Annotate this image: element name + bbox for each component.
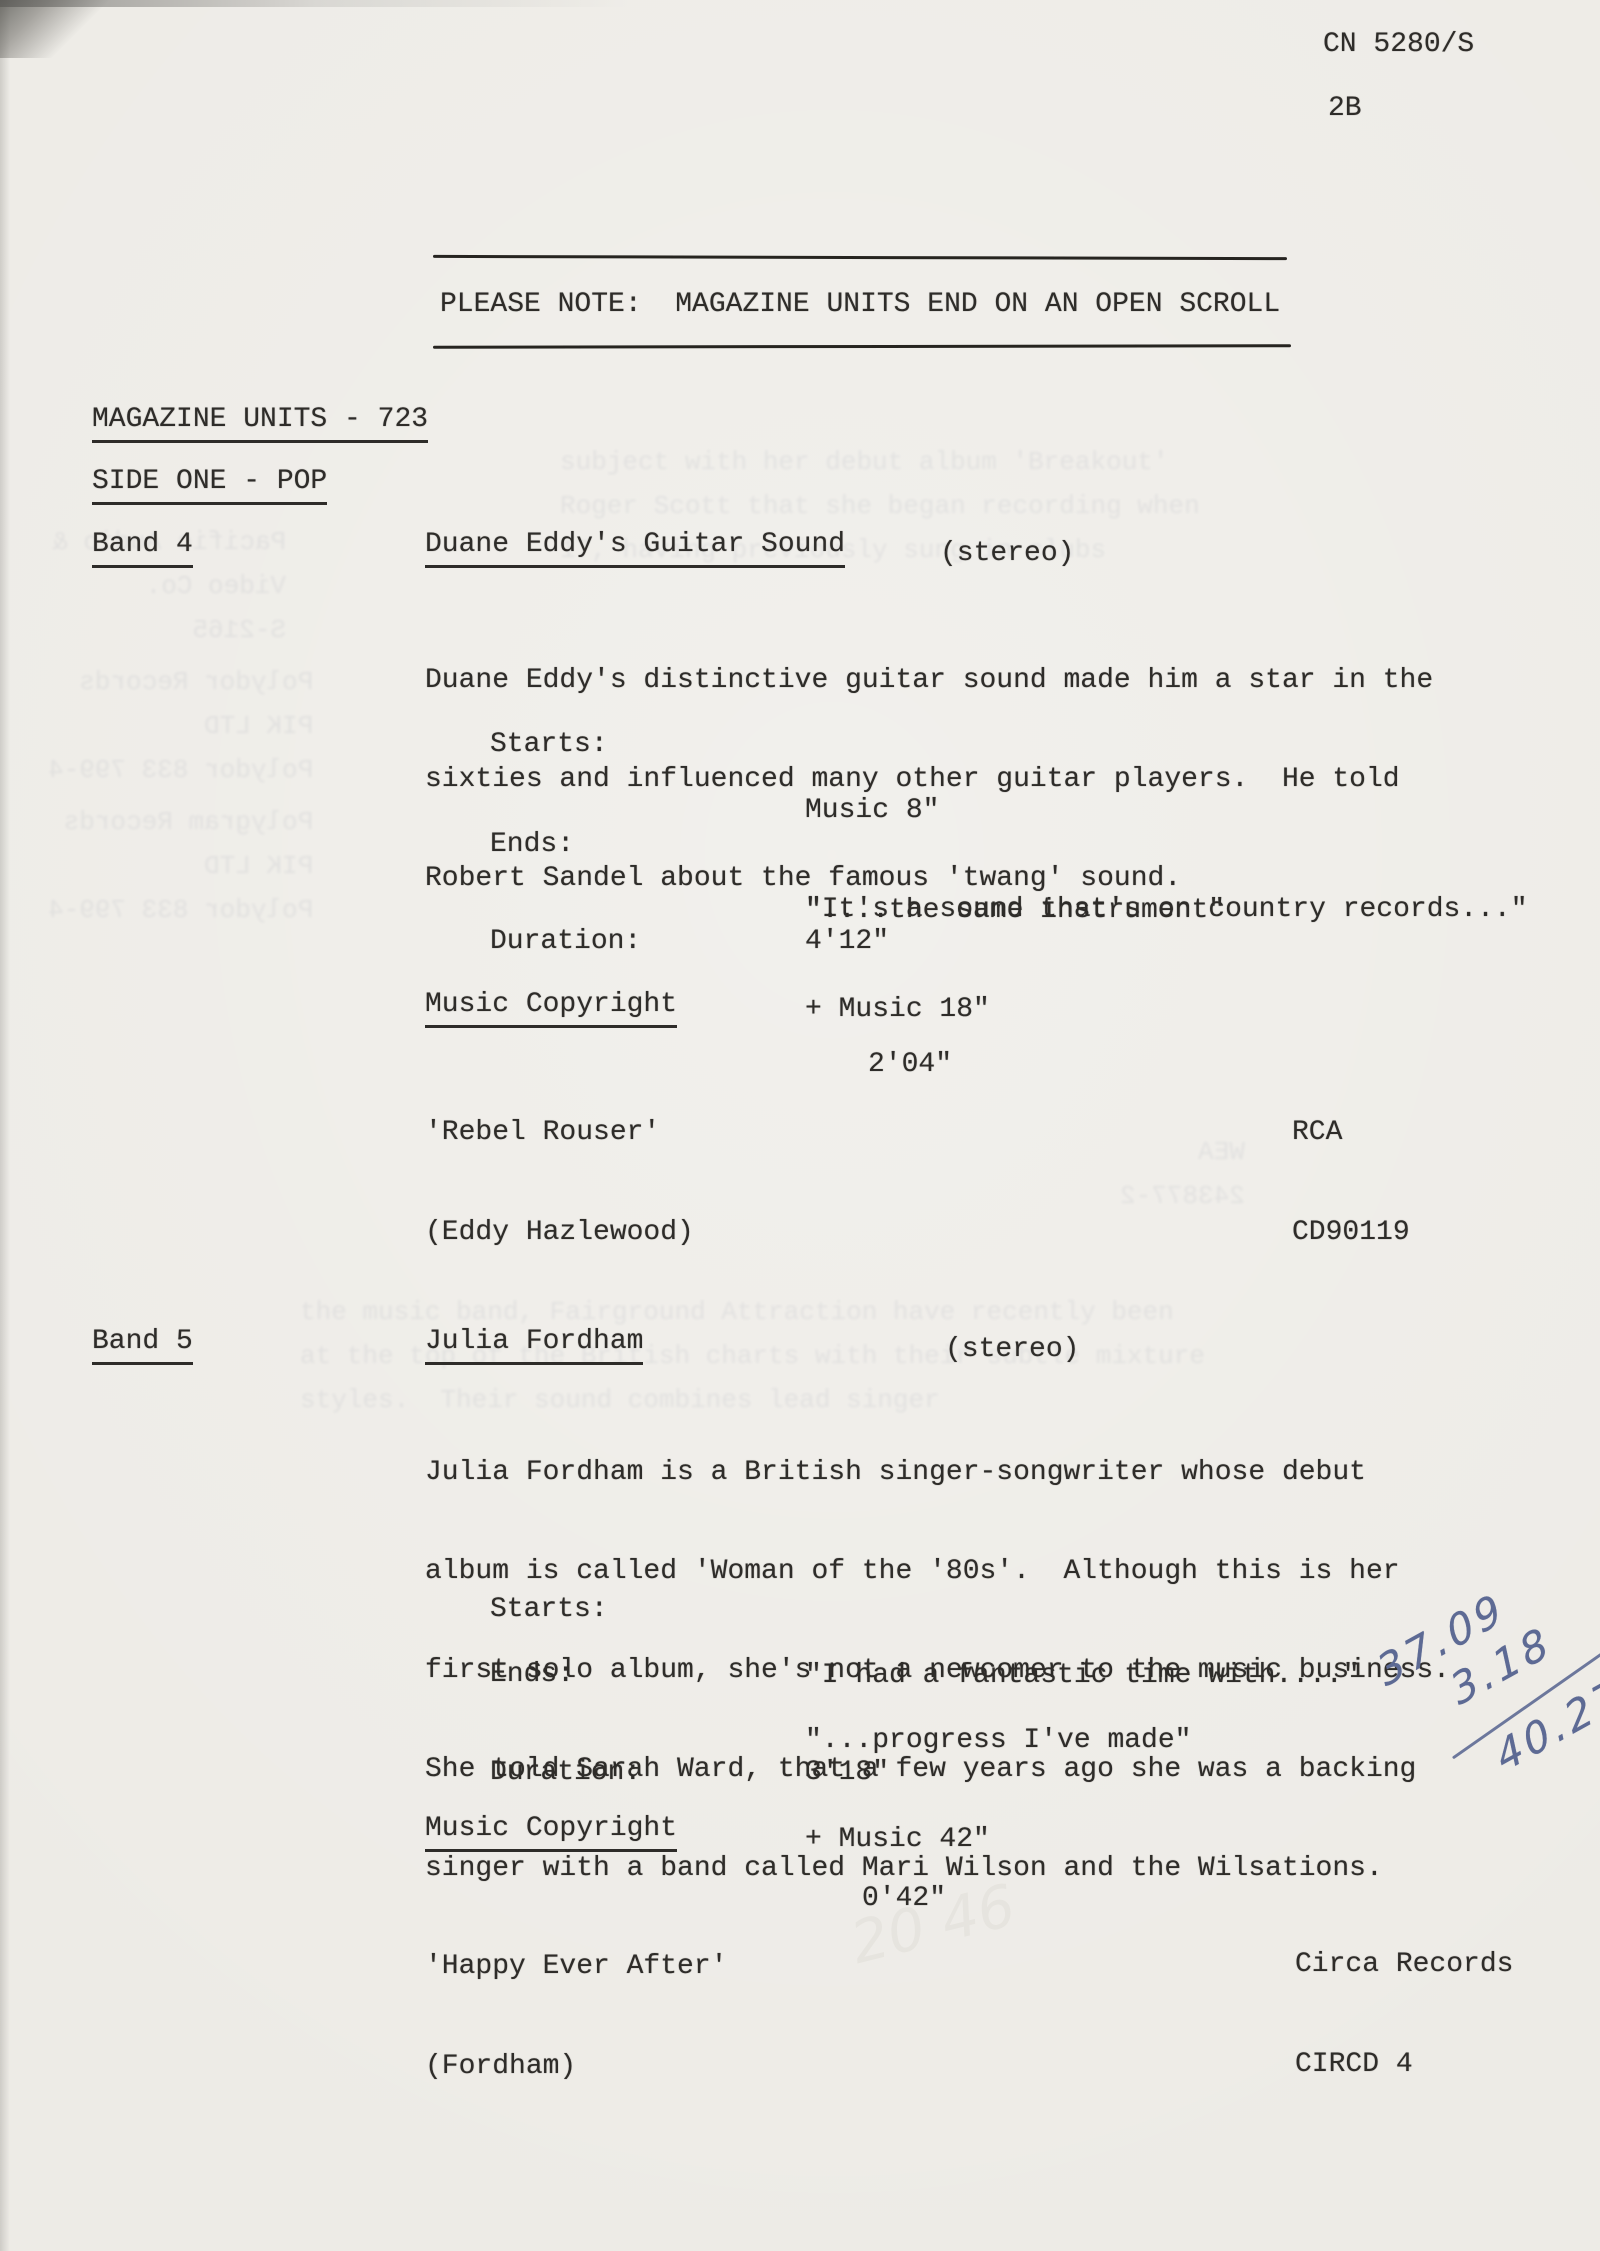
music-copyright-heading: Music Copyright	[425, 1812, 677, 1852]
scan-left-edge-shadow	[0, 0, 10, 2251]
record-label-catalogue: RCA CD90119	[1292, 1050, 1410, 1316]
band-label: Band 5	[92, 1325, 193, 1365]
ends-label: Ends:	[490, 1658, 574, 1691]
notice-rule-bottom	[433, 344, 1291, 348]
notice-text: PLEASE NOTE: MAGAZINE UNITS END ON AN OP…	[440, 288, 1280, 321]
scanned-document-page: Pacific Audio & Video Co. S-2165 Polydor…	[0, 0, 1600, 2251]
page-code: 2B	[1328, 92, 1362, 125]
music-copyright-heading: Music Copyright	[425, 988, 677, 1028]
channel-indicator: (stereo)	[940, 537, 1074, 570]
side-heading: SIDE ONE - POP	[92, 465, 327, 505]
ends-label: Ends:	[490, 828, 574, 861]
magazine-units-heading: MAGAZINE UNITS - 723	[92, 403, 428, 443]
bleedthrough-text: Polydor Records PIK LTD Polydor 833 799-…	[48, 660, 313, 792]
bleedthrough-text: WEA 243877-2	[1120, 1130, 1245, 1218]
starts-label: Starts:	[490, 1593, 608, 1626]
bleedthrough-text: Polygram Records PIK LTD Polydor 833 799…	[48, 800, 313, 932]
record-label-catalogue: Circa Records CIRCD 4	[1295, 1882, 1513, 2148]
track-credit: 'Rebel Rouser' (Eddy Hazlewood)	[425, 1050, 694, 1316]
duration-value: 3'18"	[805, 1756, 889, 1789]
band-title: Julia Fordham	[425, 1325, 643, 1365]
channel-indicator: (stereo)	[945, 1333, 1079, 1366]
doc-reference: CN 5280/S	[1323, 28, 1474, 61]
excerpt-duration: 0'42"	[862, 1882, 946, 1915]
duration-label: Duration:	[490, 1756, 641, 1789]
track-credit: 'Happy Ever After' (Fordham)	[425, 1884, 727, 2150]
band-title: Duane Eddy's Guitar Sound	[425, 528, 845, 568]
duration-value: 4'12"	[805, 925, 889, 958]
scan-corner-shadow	[0, 0, 120, 58]
duration-label: Duration:	[490, 925, 641, 958]
excerpt-duration: 2'04"	[868, 1048, 952, 1081]
band-label: Band 4	[92, 528, 193, 568]
starts-label: Starts:	[490, 728, 608, 761]
notice-rule-top	[433, 255, 1287, 260]
scan-top-edge-shadow	[0, 0, 900, 7]
